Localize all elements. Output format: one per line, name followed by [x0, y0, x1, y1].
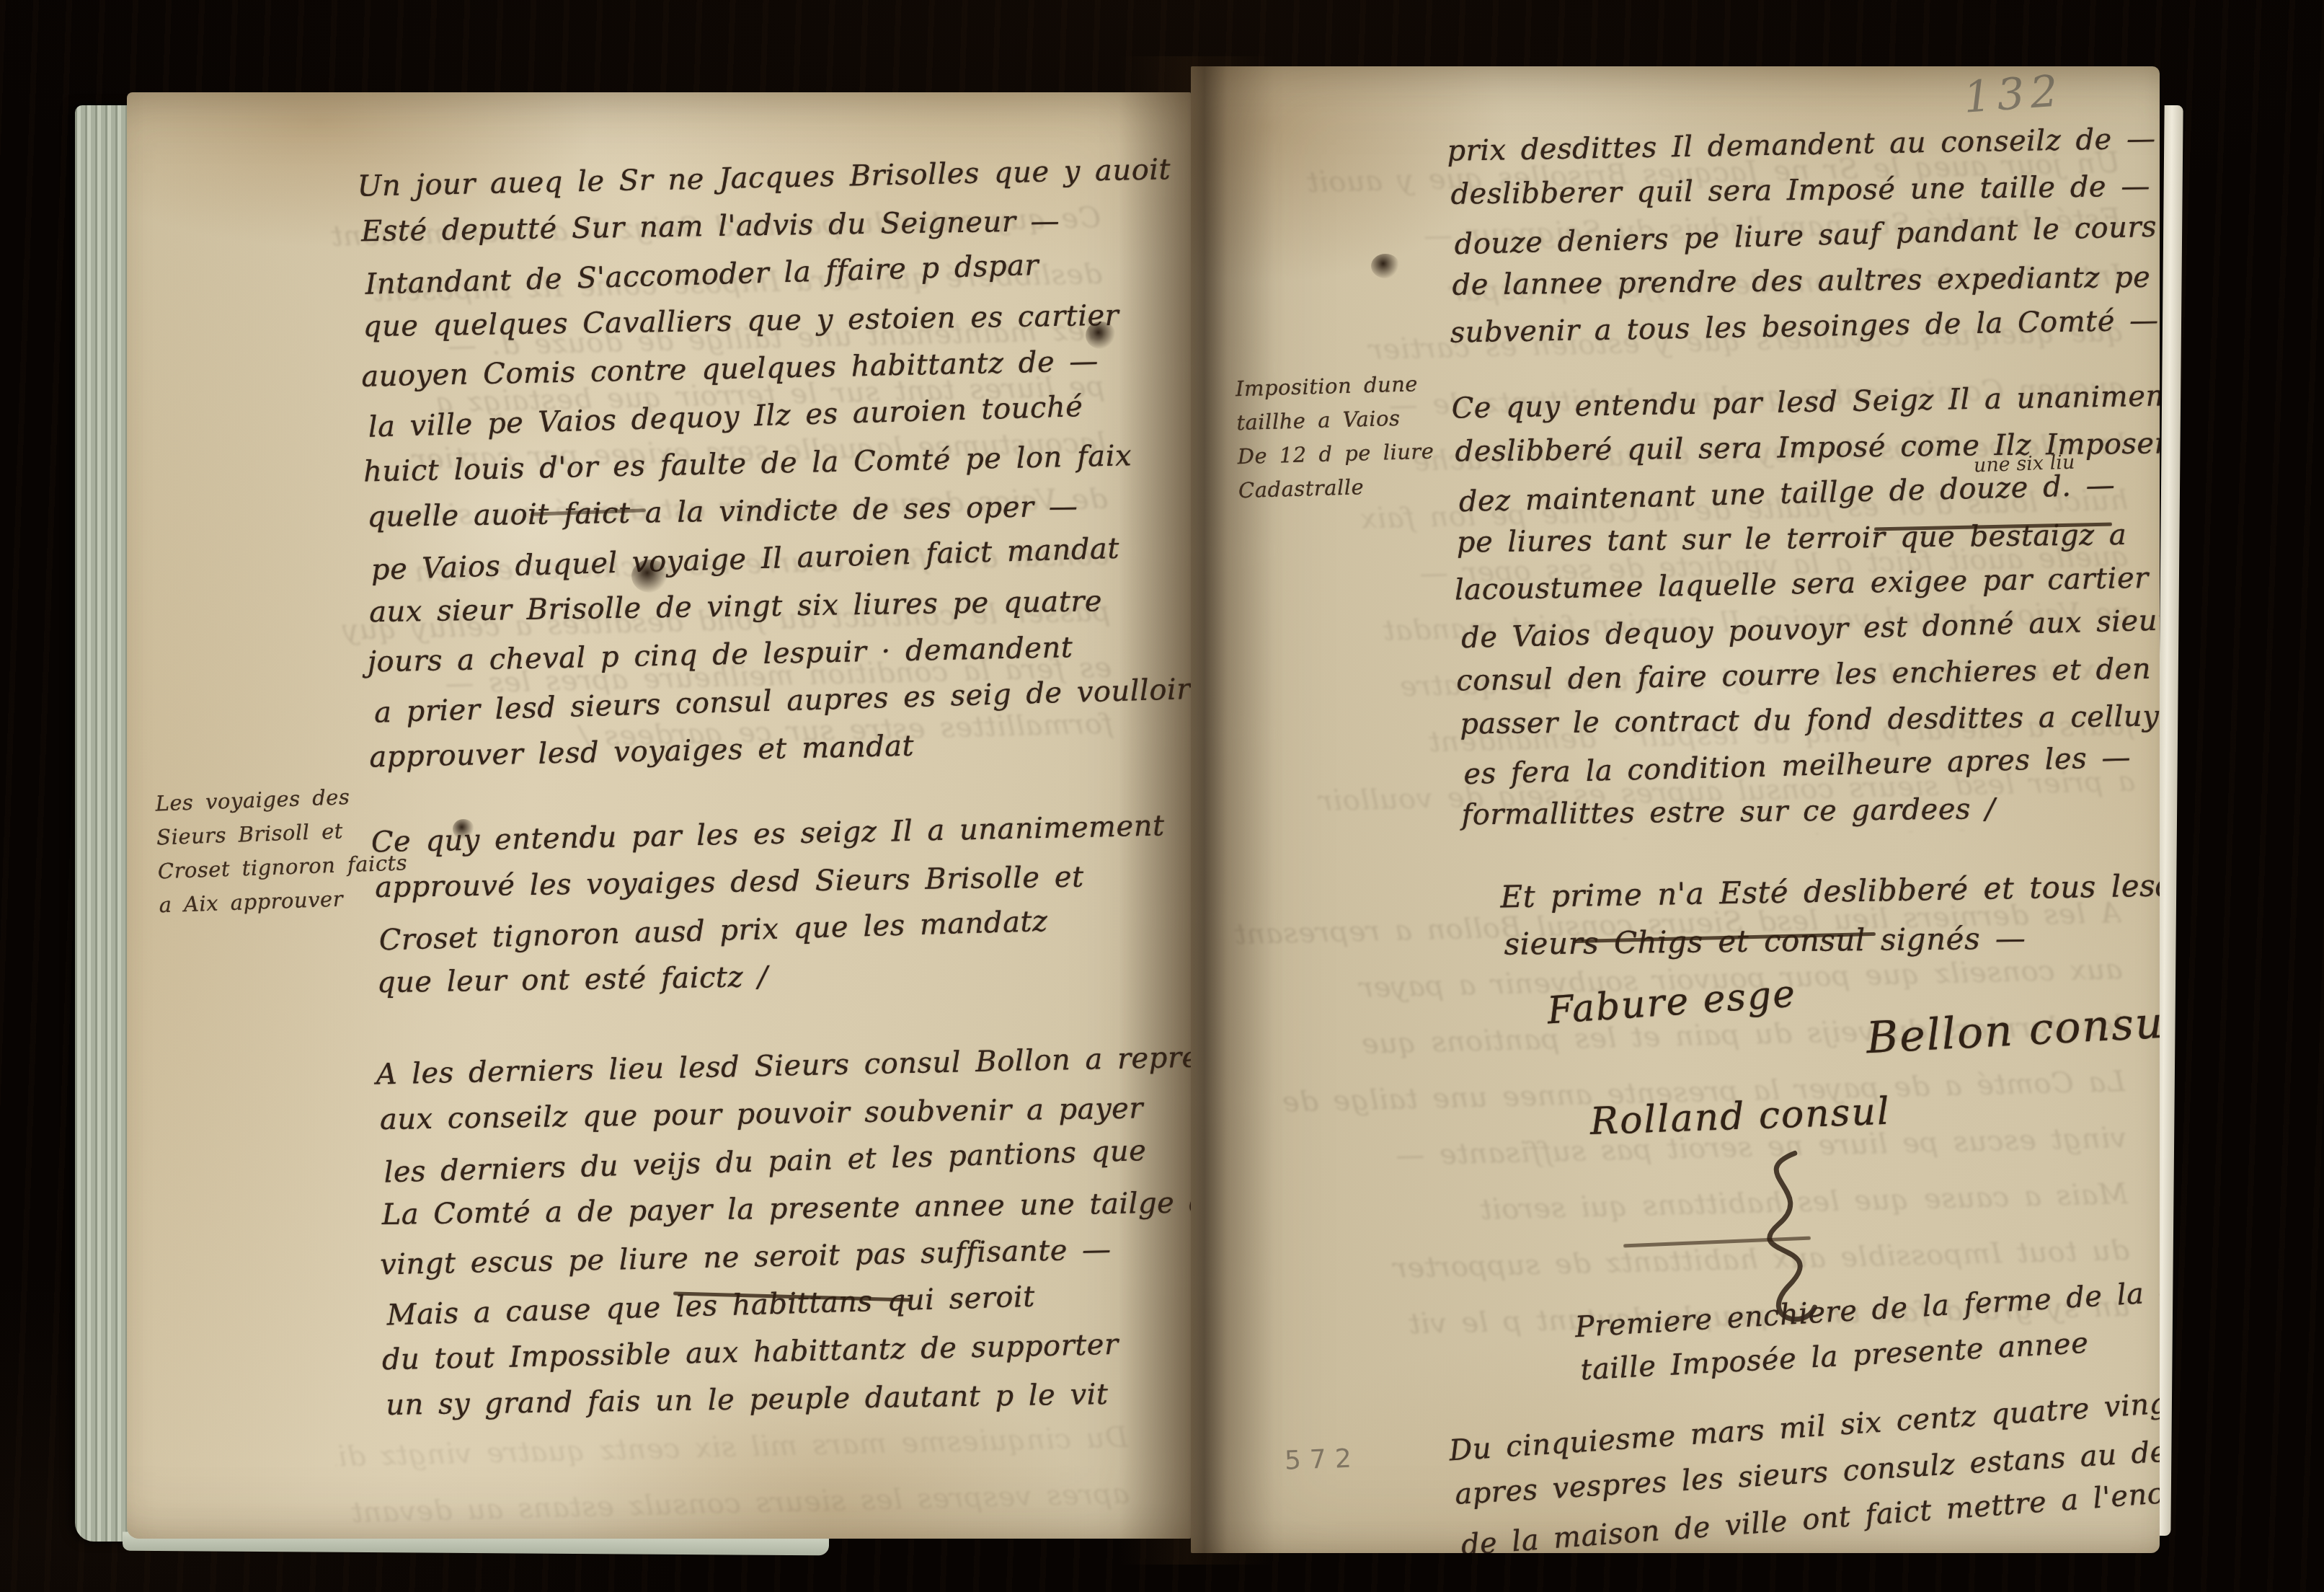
announcement-note: Premiere enchiere de la ferme de la —tai… [1574, 1270, 2160, 1394]
ghost-line: de la maison de ville ont faict mettre a… [337, 1522, 1130, 1539]
left-page: Ce quy entendu par lesd Seigz Il a unani… [127, 92, 1191, 1539]
ink-blot [631, 560, 669, 593]
manuscript-line: formallittes estre sur ce gardees / [1461, 784, 2160, 838]
margin-note-line: Cadastralle [1238, 468, 1455, 508]
ink-blot [1086, 322, 1116, 349]
margin-note: Les voyaiges desSieurs Brisoll etCroset … [155, 779, 383, 923]
signature-block: Fabure esge Bellon consul Rolland consul [1461, 959, 2160, 1209]
manuscript-line: pe liures tant sur le terroir que bestai… [1457, 512, 2160, 565]
margin-note-line: De 12 d pe liure [1237, 434, 1454, 474]
manuscript-photograph: Ce quy entendu par lesd Seigz Il a unani… [0, 0, 2324, 1592]
signature: Rolland consul [1589, 1090, 1891, 1144]
pencil-foliation: 572 [1284, 1443, 1360, 1476]
margin-note-line: Imposition dune [1235, 366, 1452, 406]
margin-note-line: a Aix approuver [159, 881, 383, 923]
left-page-text: Un jour aueq le Sr ne Jacques Brisolles … [357, 146, 1177, 1469]
signature: Fabure esge [1545, 972, 1797, 1032]
margin-note: Imposition dunetaillhe a VaiosDe 12 d pe… [1235, 366, 1455, 508]
margin-note-line: taillhe a Vaios [1236, 400, 1453, 440]
signature: Bellon consul [1865, 997, 2160, 1064]
manuscript-paragraph: A les derniers lieu lesd Sieurs consul B… [376, 1034, 1176, 1431]
ink-blot [1371, 254, 1400, 278]
date-note: Du cinquiesme mars mil six centz quatre … [1447, 1380, 2160, 1553]
right-page-text: prix desdittes Il demandent au conseilz … [1447, 117, 2160, 1549]
right-page: Un jour aueq le Sr ne Jacques Brisolles … [1191, 66, 2160, 1553]
manuscript-paragraph: Un jour aueq le Sr ne Jacques Brisolles … [357, 146, 1163, 782]
folio-number: 132 [1962, 66, 2065, 123]
closing-paragraph: Et prime n'a Esté deslibberé et tous les… [1500, 861, 2160, 970]
manuscript-paragraph: Ce quy entendu par les es seigz Il a una… [371, 802, 1167, 1009]
interlinear-correction: une six liu [1974, 451, 2075, 477]
manuscript-line: de lannee prendre des aultres expediantz… [1452, 255, 2159, 309]
ink-blot [453, 819, 474, 839]
manuscript-paragraph: Ce quy entendu par lesd Seigz Il a unani… [1451, 374, 2160, 841]
page-stack-edge-left [75, 105, 130, 1542]
ghost-line: apres vespres les sieurs consulz estans … [336, 1466, 1130, 1539]
manuscript-paragraph: prix desdittes Il demandent au conseilz … [1447, 117, 2157, 356]
